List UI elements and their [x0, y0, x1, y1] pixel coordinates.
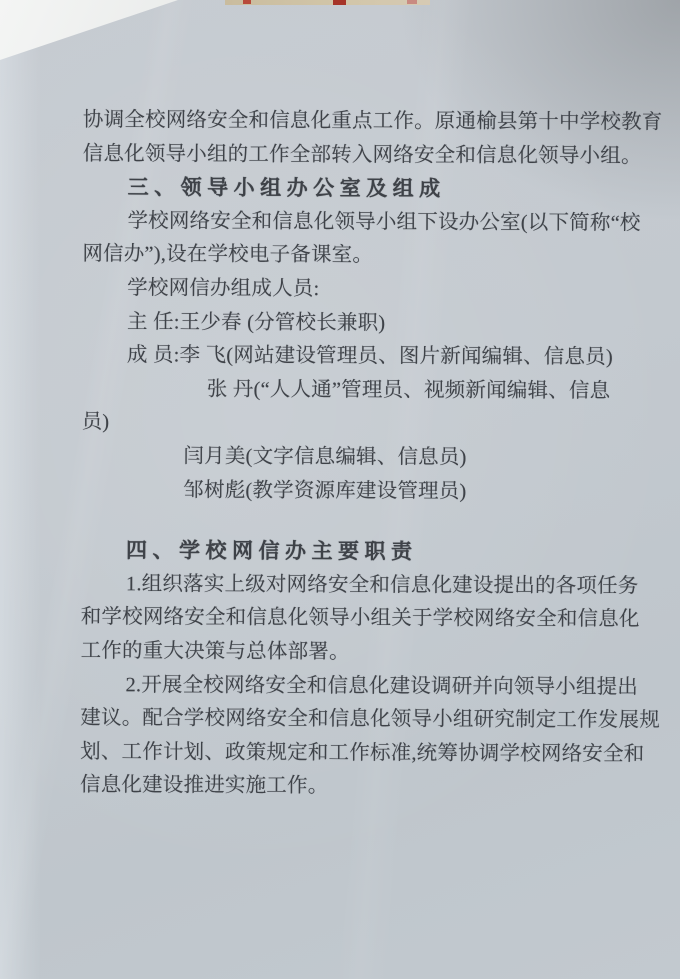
text-line: 建议。配合学校网络安全和信息化领导小组研究制定工作发展规: [80, 702, 658, 738]
text-line: 信息化建设推进实施工作。: [80, 769, 658, 805]
text-line: 主 任:王少春 (分管校长兼职): [82, 306, 660, 342]
red-mark: [243, 0, 251, 4]
text-line: 学校网信办组成人员:: [82, 272, 660, 308]
text-line: 协调全校网络安全和信息化重点工作。原通榆县第十中学校教育: [83, 104, 661, 140]
red-mark: [333, 0, 346, 5]
text-line: 员): [82, 406, 660, 442]
document-text: 协调全校网络安全和信息化重点工作。原通榆县第十中学校教育 信息化领导小组的工作全…: [80, 104, 661, 805]
text-line: 工作的重大决策与总体部署。: [81, 635, 659, 671]
text-line: 网信办”),设在学校电子备课室。: [82, 238, 660, 274]
text-line: 1.组织落实上级对网络安全和信息化建设提出的各项任务: [81, 568, 659, 604]
photo-background: { "colors": { "paper": "#c4cad0", "ink":…: [0, 0, 680, 979]
red-mark: [407, 0, 417, 4]
section-heading: 三、领导小组办公室及组成: [83, 171, 661, 207]
text-line: 2.开展全校网络安全和信息化建设调研并向领导小组提出: [80, 668, 658, 704]
text-line: 邹树彪(教学资源库建设管理员): [81, 474, 659, 510]
text-line: 学校网络安全和信息化领导小组下设办公室(以下简称“校: [82, 205, 660, 241]
text-line: 信息化领导小组的工作全部转入网络安全和信息化领导小组。: [83, 138, 661, 174]
text-line: 成 员:李 飞(网站建设管理员、图片新闻编辑、信息员): [82, 339, 660, 375]
table-surface-strip: [225, 0, 430, 5]
section-heading: 四、学校网信办主要职责: [81, 534, 659, 570]
text-line: 闫月美(文字信息编辑、信息员): [81, 440, 659, 476]
text-line: 和学校网络安全和信息化领导小组关于学校网络安全和信息化: [81, 601, 659, 637]
text-line: 划、工作计划、政策规定和工作标准,统筹协调学校网络安全和: [80, 736, 658, 772]
text-line: 张 丹(“人人通”管理员、视频新闻编辑、信息: [82, 373, 660, 409]
